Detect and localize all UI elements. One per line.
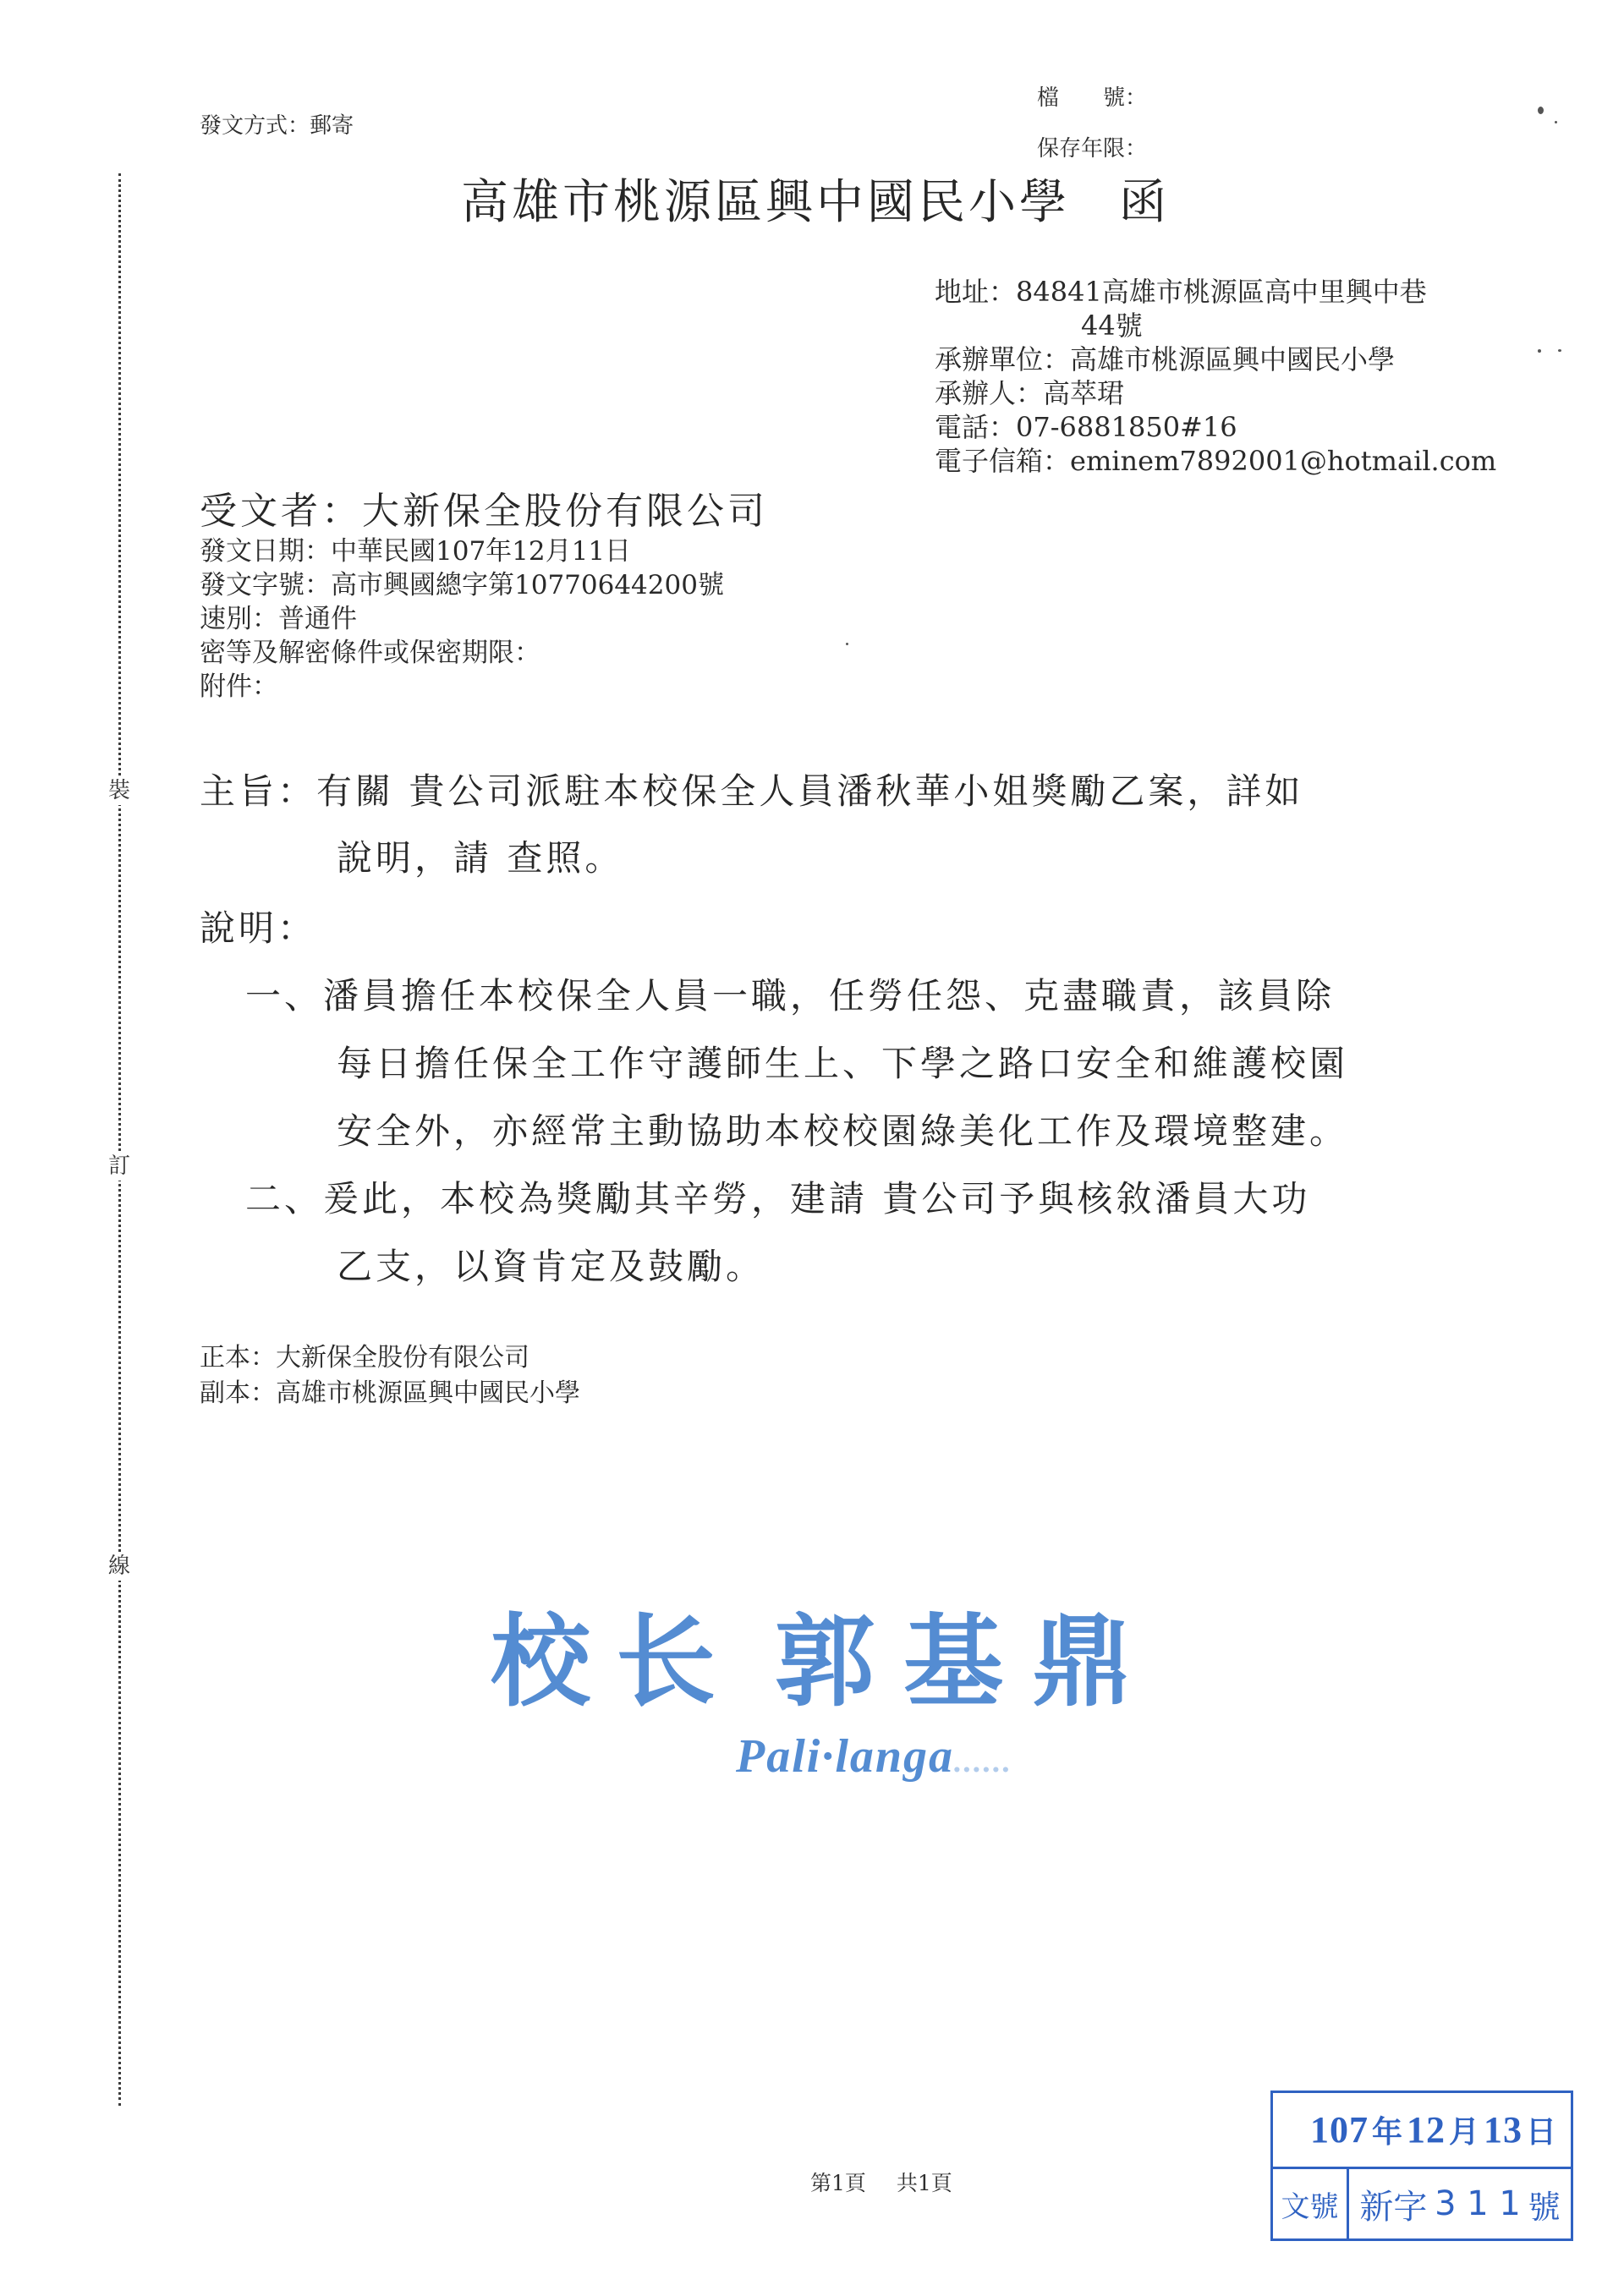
- receipt-year-unit: 年: [1372, 2108, 1403, 2151]
- scan-speck: [1538, 349, 1541, 353]
- page-number: 第1頁: [810, 2171, 866, 2195]
- attachments: 附件：: [200, 670, 724, 704]
- receipt-stamp: 107年 12月 13日 文號 新字 3 1 1 號: [1270, 2091, 1573, 2241]
- binding-mark-zhuang: 裝: [108, 776, 130, 805]
- seal-romanized: Pali·langa......: [736, 1729, 1012, 1784]
- receipt-number: 3 1 1: [1435, 2184, 1521, 2223]
- copy-recipient: 副本：高雄市桃源區興中國民小學: [200, 1376, 580, 1411]
- explanation-item-1-line-2: 每日擔任保全工作守護師生上、下學之路口安全和維護校園: [337, 1036, 1348, 1087]
- binding-mark-xian: 線: [108, 1552, 130, 1581]
- page-total: 共1頁: [897, 2171, 952, 2195]
- scan-speck: [1558, 349, 1561, 352]
- email: 電子信箱：eminem7892001@hotmail.com: [935, 444, 1496, 478]
- address-line-1: 地址：84841高雄市桃源區高中里興中巷: [935, 275, 1496, 309]
- seal-romanized-text: Pali·langa: [736, 1730, 954, 1783]
- seal-title: 校长: [491, 1603, 741, 1720]
- classification: 密等及解密條件或保密期限：: [200, 636, 724, 670]
- seal-chinese: 校长郭基鼎: [491, 1603, 1160, 1721]
- seal-name: 郭基鼎: [775, 1603, 1160, 1720]
- subject-line-1: 主旨：有關 貴公司派駐本校保全人員潘秋華小姐獎勵乙案，詳如: [200, 764, 1303, 814]
- receipt-year: 107: [1310, 2108, 1369, 2151]
- distribution-list: 正本：大新保全股份有限公司 副本：高雄市桃源區興中國民小學: [200, 1340, 580, 1411]
- document-type: 函: [1119, 175, 1170, 230]
- recipient: 受文者：大新保全股份有限公司: [200, 480, 768, 534]
- receipt-number-prefix: 新字: [1359, 2180, 1427, 2228]
- principal-seal: 校长郭基鼎 Pali·langa......: [491, 1603, 1160, 1721]
- contact-block: 地址：84841高雄市桃源區高中里興中巷 44號 承辦單位：高雄市桃源區興中國民…: [935, 275, 1496, 478]
- scan-speck: [1538, 107, 1544, 114]
- receipt-month-unit: 月: [1449, 2108, 1480, 2151]
- seal-romanized-faded: ......: [954, 1744, 1012, 1779]
- receipt-day-unit: 日: [1526, 2108, 1557, 2151]
- issuing-organization: 高雄市桃源區興中國民小學: [461, 175, 1070, 230]
- explanation-heading: 說明：: [200, 901, 316, 951]
- explanation-item-2-line-1: 二、爰此，本校為獎勵其辛勞，建請 貴公司予與核敘潘員大功: [245, 1171, 1310, 1222]
- explanation-item-2-line-2: 乙支，以資肯定及鼓勵。: [337, 1239, 765, 1290]
- scan-speck: [1555, 121, 1557, 123]
- receipt-number-value: 新字 3 1 1 號: [1349, 2169, 1571, 2238]
- retention-period-label: 保存年限：: [1037, 131, 1147, 162]
- receipt-number-suffix: 號: [1528, 2181, 1561, 2228]
- pagination: 第1頁共1頁: [810, 2167, 952, 2197]
- address-line-2: 44號: [935, 309, 1496, 342]
- file-number-label: 檔 號：: [1037, 80, 1147, 112]
- original-recipient: 正本：大新保全股份有限公司: [200, 1340, 580, 1376]
- scan-speck: [846, 643, 848, 645]
- document-meta: 發文日期：中華民國107年12月11日 發文字號：高市興國總字第10770644…: [200, 534, 724, 704]
- receipt-number-label: 文號: [1273, 2169, 1349, 2238]
- receipt-date: 107年 12月 13日: [1273, 2093, 1571, 2169]
- explanation-item-1-line-3: 安全外，亦經常主動協助本校校園綠美化工作及環境整建。: [337, 1104, 1348, 1154]
- handling-unit: 承辦單位：高雄市桃源區興中國民小學: [935, 342, 1496, 376]
- phone: 電話：07-6881850#16: [935, 410, 1496, 444]
- binding-line: [118, 173, 121, 2106]
- explanation-item-1-line-1: 一、潘員擔任本校保全人員一職，任勞任怨、克盡職責，該員除: [245, 968, 1335, 1019]
- reference-number: 發文字號：高市興國總字第10770644200號: [200, 568, 724, 602]
- subject-line-2: 說明，請 查照。: [337, 830, 623, 881]
- receipt-month: 12: [1407, 2108, 1446, 2151]
- binding-mark-ding: 訂: [108, 1152, 130, 1181]
- document-title: 高雄市桃源區興中國民小學函: [461, 165, 1170, 233]
- receipt-day: 13: [1484, 2108, 1522, 2151]
- dispatch-method: 發文方式：郵寄: [200, 108, 354, 140]
- priority: 速別：普通件: [200, 602, 724, 636]
- handler-name: 承辦人：高萃珺: [935, 376, 1496, 410]
- receipt-number-row: 文號 新字 3 1 1 號: [1273, 2169, 1571, 2238]
- issue-date: 發文日期：中華民國107年12月11日: [200, 534, 724, 568]
